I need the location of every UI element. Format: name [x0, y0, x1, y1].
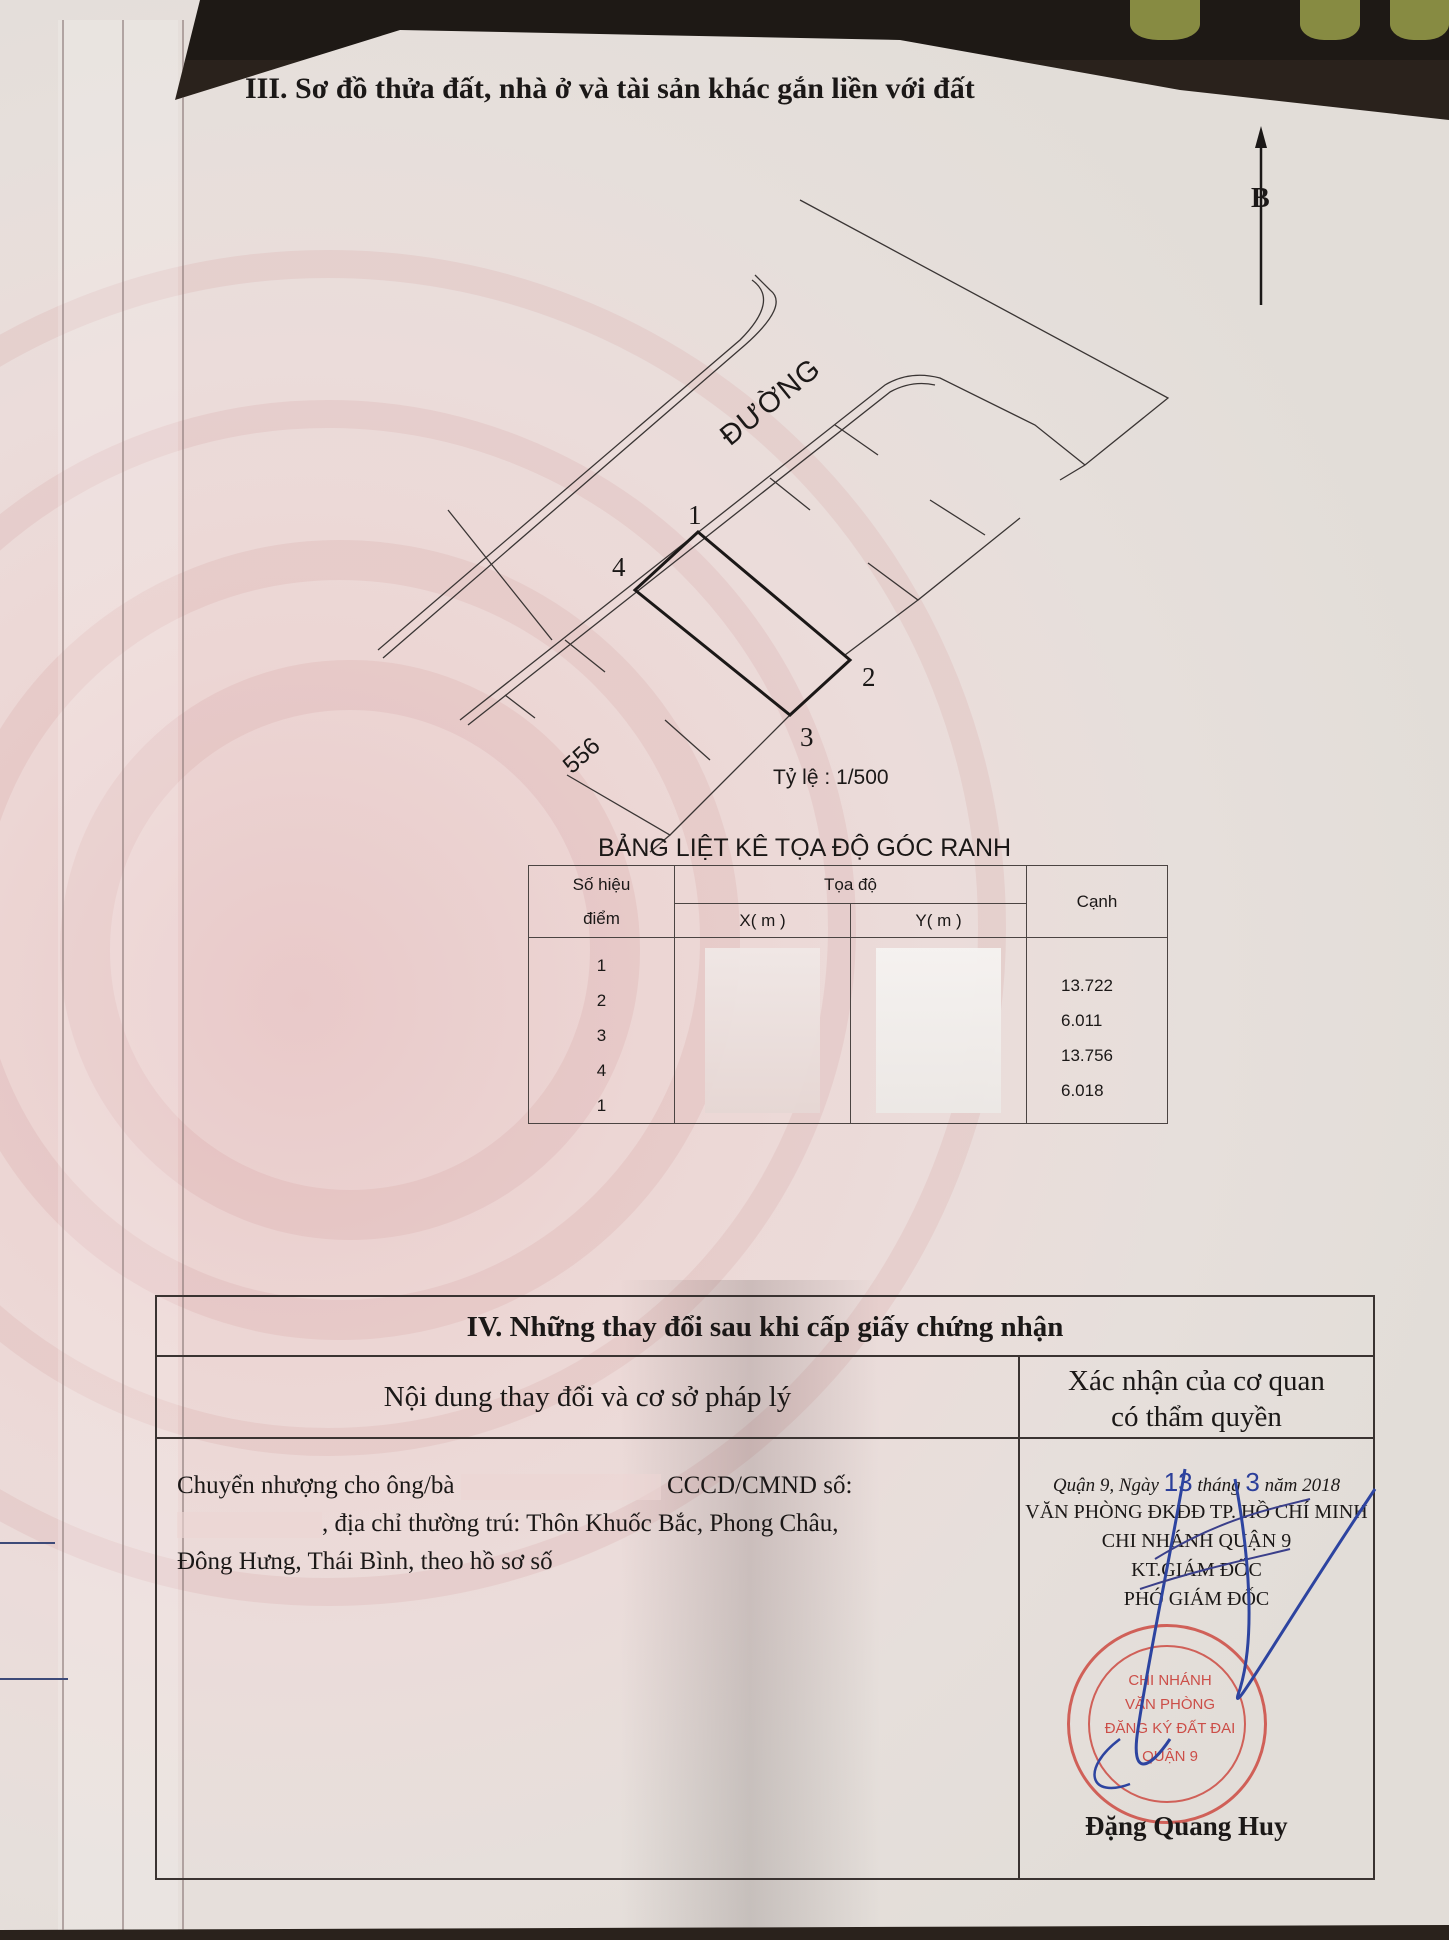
- point-label-4: 4: [612, 552, 626, 583]
- col-header-point: Số hiệu điểm: [529, 866, 675, 938]
- coordinate-table: Số hiệu điểm Tọa độ Cạnh X( m ) Y( m ) 1…: [528, 865, 1168, 1124]
- certificate-page: III. Sơ đồ thửa đất, nhà ở và tài sản kh…: [0, 0, 1449, 1940]
- col-header-point-line2: điểm: [529, 902, 674, 936]
- address-text-cont: Đông Hưng, Thái Bình, theo hồ sơ số: [177, 1543, 1018, 1581]
- confirmation-block: Quận 9, Ngày 13 tháng 3 năm 2018 VĂN PHÒ…: [1020, 1439, 1373, 1880]
- road-edge: [383, 275, 776, 658]
- redacted-x-values: [705, 948, 820, 1113]
- point-label-2: 2: [862, 662, 876, 693]
- point-column: 1 2 3 4 1: [529, 938, 675, 1124]
- table-row-point: 1: [529, 1088, 674, 1123]
- point-label-3: 3: [800, 722, 814, 753]
- signer-name: Đặng Quang Huy: [1085, 1811, 1288, 1842]
- address-text: , địa chỉ thường trú: Thôn Khuốc Bắc, Ph…: [322, 1510, 839, 1537]
- north-arrow-head-icon: [1255, 126, 1267, 148]
- transfer-text: Chuyển nhượng cho ông/bà: [177, 1472, 454, 1499]
- table-row-edge: 6.018: [1061, 1073, 1167, 1108]
- col-header-content: Nội dung thay đổi và cơ sở pháp lý: [157, 1357, 1020, 1437]
- col-header-edge: Cạnh: [1027, 866, 1168, 938]
- redacted-name: [461, 1474, 661, 1500]
- col-header-confirm-line1: Xác nhận của cơ quan: [1020, 1363, 1373, 1399]
- change-content: Chuyển nhượng cho ông/bà CCCD/CMND số: ,…: [157, 1439, 1020, 1880]
- id-label: CCCD/CMND số:: [667, 1472, 852, 1499]
- coord-table-title: BẢNG LIỆT KÊ TỌA ĐỘ GÓC RANH: [598, 834, 1011, 863]
- table-row-point: 3: [529, 1018, 674, 1053]
- col-header-y: Y( m ): [851, 904, 1027, 938]
- section-4-changes-table: IV. Những thay đổi sau khi cấp giấy chứn…: [155, 1295, 1375, 1880]
- table-row-point: 1: [529, 948, 674, 983]
- parcel-boundary: [635, 532, 850, 715]
- road-edge: [460, 375, 1085, 720]
- col-header-confirm-line2: có thẩm quyền: [1020, 1399, 1373, 1435]
- north-label: B: [1251, 183, 1270, 215]
- table-row-point: 2: [529, 983, 674, 1018]
- scale-label: Tỷ lệ : 1/500: [773, 766, 889, 790]
- x-column: [675, 938, 851, 1124]
- redacted-id-number: [177, 1512, 322, 1538]
- y-column: [851, 938, 1027, 1124]
- col-header-coord: Tọa độ: [675, 866, 1027, 904]
- edge-column: 13.722 6.011 13.756 6.018: [1027, 938, 1168, 1124]
- section-4-title: IV. Những thay đổi sau khi cấp giấy chứn…: [157, 1297, 1373, 1357]
- col-header-confirm: Xác nhận của cơ quan có thẩm quyền: [1020, 1357, 1373, 1437]
- table-row-edge: 6.011: [1061, 1003, 1167, 1038]
- col-header-x: X( m ): [675, 904, 851, 938]
- table-row-edge: 13.722: [1061, 968, 1167, 1003]
- col-header-point-line1: Số hiệu: [529, 868, 674, 902]
- table-row-point: 4: [529, 1053, 674, 1088]
- point-label-1: 1: [688, 500, 702, 531]
- table-row-edge: 13.756: [1061, 1038, 1167, 1073]
- redacted-y-values: [876, 948, 1001, 1113]
